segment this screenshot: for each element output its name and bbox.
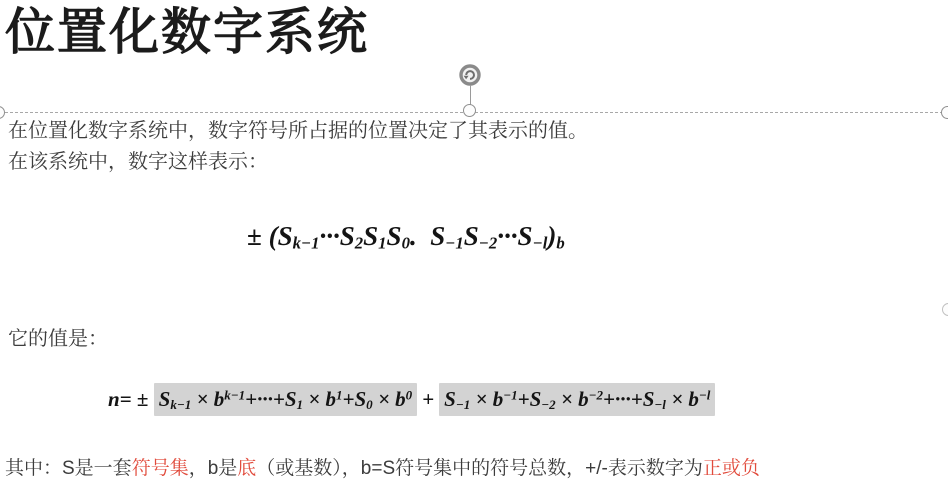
handle-top-right[interactable]: [941, 106, 948, 119]
handle-top-left[interactable]: [0, 106, 5, 119]
value-formula-integer-part-highlight: Sk−1 × bk−1+···+S1 × b1+S0 × b0: [154, 383, 418, 416]
rotate-handle-icon[interactable]: [458, 63, 482, 87]
footnote-definitions[interactable]: 其中：S是一套符号集，b是底（或基数），b=S符号集中的符号总数，+/-表示数字…: [5, 456, 760, 481]
number-representation-formula[interactable]: ± (Sk−1···S2S1S0. S−1S−2···S−l)b: [247, 221, 565, 254]
body-line-value-intro[interactable]: 它的值是：: [8, 326, 108, 352]
slide-canvas: 位置化数字系统 在位置化数字系统中，数字符号所占据的位置决定了其表示的值。 在该…: [0, 0, 948, 495]
value-formula[interactable]: n= ± Sk−1 × bk−1+···+S1 × b1+S0 × b0+S−1…: [108, 387, 715, 413]
rotate-handle-stem: [470, 85, 471, 106]
page-title[interactable]: 位置化数字系统: [5, 0, 369, 64]
value-formula-plus: +: [417, 387, 439, 411]
body-line-representation-intro[interactable]: 在该系统中，数字这样表示：: [8, 149, 268, 175]
body-line-definition[interactable]: 在位置化数字系统中，数字符号所占据的位置决定了其表示的值。: [8, 118, 588, 144]
handle-top-center[interactable]: [463, 104, 476, 117]
handle-middle-right[interactable]: [942, 303, 948, 316]
value-formula-fraction-part-highlight: S−1 × b−1+S−2 × b−2+···+S−l × b−l: [439, 383, 715, 416]
value-formula-prefix: n= ±: [108, 387, 154, 411]
